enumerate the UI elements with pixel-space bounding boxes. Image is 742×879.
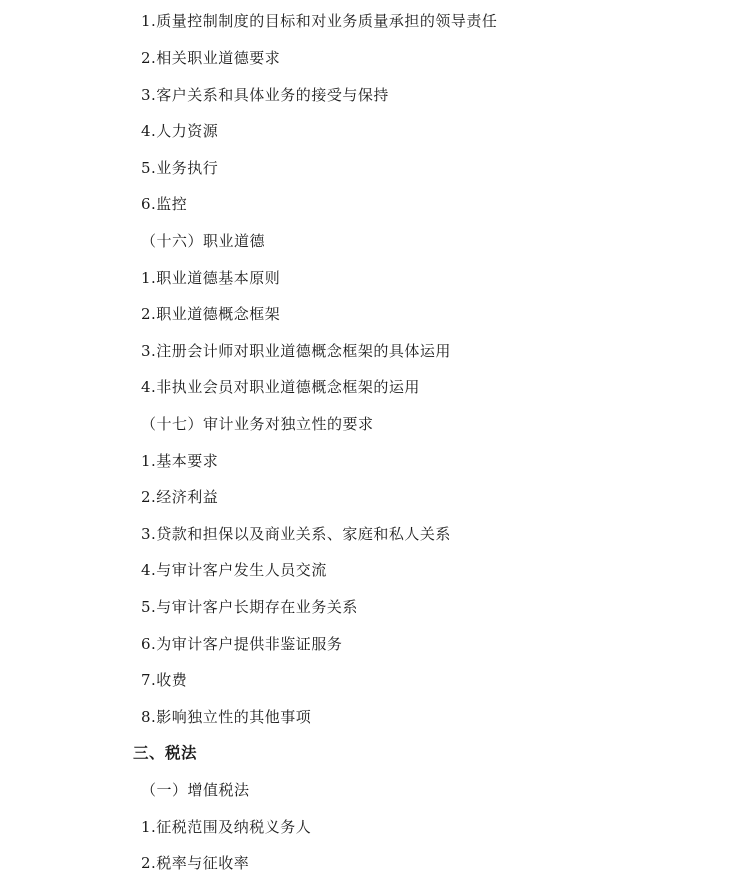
list-item: 7.收费 xyxy=(141,670,187,690)
list-item: 1.质量控制制度的目标和对业务质量承担的领导责任 xyxy=(141,11,497,31)
list-item: 1.基本要求 xyxy=(141,451,218,471)
list-item: 1.征税范围及纳税义务人 xyxy=(141,817,311,837)
list-item: 3.注册会计师对职业道德概念框架的具体运用 xyxy=(141,341,451,361)
list-item: 1.职业道德基本原则 xyxy=(141,268,280,288)
list-item: 5.业务执行 xyxy=(141,158,218,178)
list-item: 6.监控 xyxy=(141,194,187,214)
list-item: 8.影响独立性的其他事项 xyxy=(141,707,311,727)
list-item: 2.职业道德概念框架 xyxy=(141,304,280,324)
subsection-title: （一）增值税法 xyxy=(141,780,250,800)
list-item: 4.非执业会员对职业道德概念框架的运用 xyxy=(141,377,420,397)
list-item: 2.相关职业道德要求 xyxy=(141,48,280,68)
list-item: 2.税率与征收率 xyxy=(141,853,249,873)
list-item: 2.经济利益 xyxy=(141,487,218,507)
subsection-title: （十七）审计业务对独立性的要求 xyxy=(141,414,374,434)
list-item: 3.贷款和担保以及商业关系、家庭和私人关系 xyxy=(141,524,451,544)
list-item: 4.与审计客户发生人员交流 xyxy=(141,560,327,580)
list-item: 6.为审计客户提供非鉴证服务 xyxy=(141,634,342,654)
list-item: 4.人力资源 xyxy=(141,121,218,141)
subsection-title: （十六）职业道德 xyxy=(141,231,265,251)
list-item: 3.客户关系和具体业务的接受与保持 xyxy=(141,85,389,105)
section-heading: 三、税法 xyxy=(133,743,197,763)
list-item: 5.与审计客户长期存在业务关系 xyxy=(141,597,358,617)
